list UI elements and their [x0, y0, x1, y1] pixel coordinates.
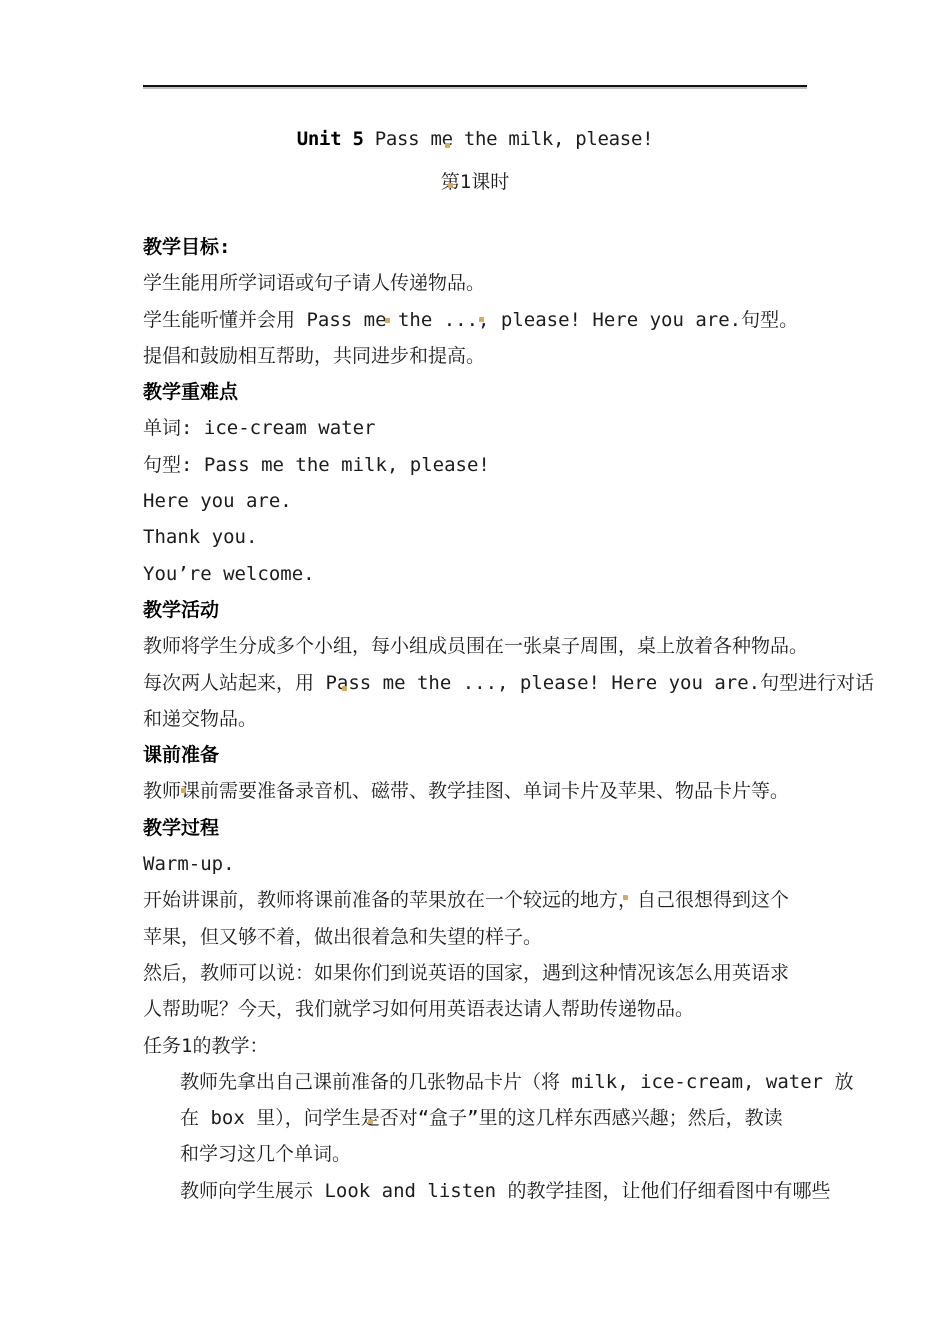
- body-line: 教师课前需要准备录音机、磁带、教学挂图、单词卡片及苹果、物品卡片等。: [143, 773, 823, 809]
- body-line: 和学习这几个单词。: [143, 1136, 823, 1172]
- document-title: Unit 5 Pass me the milk, please!: [0, 126, 950, 152]
- body-line: 然后，教师可以说：如果你们到说英语的国家，遇到这种情况该怎么用英语求: [143, 955, 823, 991]
- body-line: You’re welcome.: [143, 556, 823, 592]
- body-line: 句型: Pass me the milk, please!: [143, 447, 823, 483]
- body-line: Thank you.: [143, 519, 823, 555]
- watermark-dot: [342, 686, 347, 691]
- header-rule: [143, 85, 807, 87]
- watermark-dot: [368, 1119, 373, 1124]
- watermark-dot: [181, 788, 186, 793]
- watermark-dot: [445, 143, 450, 148]
- lesson-number: 第1课时: [0, 169, 950, 195]
- body-line: 在 box 里），问学生是否对“盒子”里的这几样东西感兴趣；然后，教读: [143, 1100, 823, 1136]
- body-line: Here you are.: [143, 483, 823, 519]
- title-text: Pass me the milk, please!: [364, 128, 654, 150]
- body-line: 苹果，但又够不着，做出很着急和失望的样子。: [143, 919, 823, 955]
- watermark-dot: [385, 318, 390, 323]
- body-line: 人帮助呢？今天，我们就学习如何用英语表达请人帮助传递物品。: [143, 991, 823, 1027]
- body-line: 单词: ice-cream water: [143, 410, 823, 446]
- section-heading: 教学重难点: [143, 374, 823, 410]
- body-line: 教师先拿出自己课前准备的几张物品卡片（将 milk, ice-cream, wa…: [143, 1064, 823, 1100]
- watermark-dot: [448, 183, 453, 188]
- body-line: 和递交物品。: [143, 701, 823, 737]
- section-heading: 教学过程: [143, 810, 823, 846]
- body-line: 教师将学生分成多个小组，每小组成员围在一张桌子周围，桌上放着各种物品。: [143, 628, 823, 664]
- body-line: 学生能用所学词语或句子请人传递物品。: [143, 265, 823, 301]
- body-line: 开始讲课前，教师将课前准备的苹果放在一个较远的地方，自己很想得到这个: [143, 882, 823, 918]
- unit-label: Unit 5: [297, 128, 364, 150]
- body-line: 教师向学生展示 Look and listen 的教学挂图，让他们仔细看图中有哪…: [143, 1173, 823, 1209]
- body-line: Warm-up.: [143, 846, 823, 882]
- watermark-dot: [623, 895, 628, 900]
- body-line: 任务1的教学：: [143, 1028, 823, 1064]
- document-body: 教学目标:学生能用所学词语或句子请人传递物品。学生能听懂并会用 Pass me …: [143, 229, 823, 1209]
- body-line: 每次两人站起来，用 Pass me the ..., please! Here …: [143, 665, 823, 701]
- body-line: 提倡和鼓励相互帮助，共同进步和提高。: [143, 338, 823, 374]
- section-heading: 教学目标:: [143, 229, 823, 265]
- section-heading: 教学活动: [143, 592, 823, 628]
- document-page: Unit 5 Pass me the milk, please! 第1课时 教学…: [0, 0, 950, 1344]
- section-heading: 课前准备: [143, 737, 823, 773]
- watermark-dot: [479, 317, 484, 322]
